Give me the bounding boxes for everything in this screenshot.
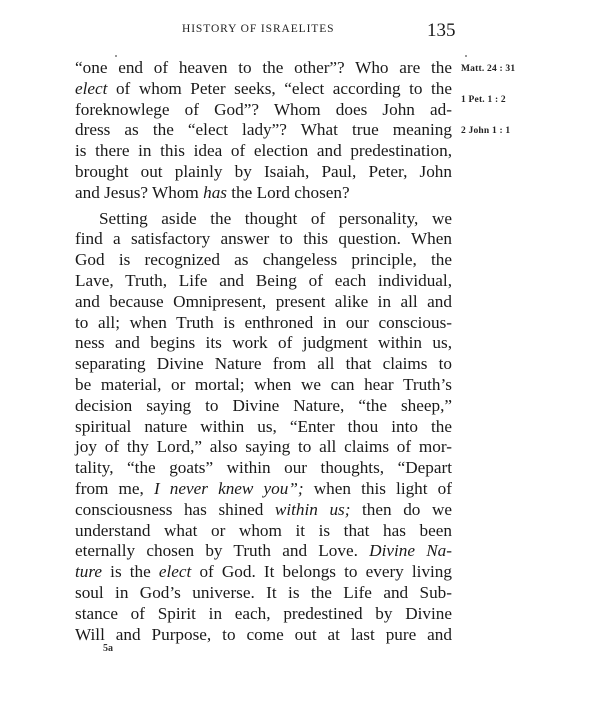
text-segment: God is recognized as changeless principl… bbox=[75, 250, 452, 269]
running-head: HISTORY OF ISRAELITES 135 bbox=[0, 20, 600, 40]
text-segment: is there in this idea of election and pr… bbox=[75, 141, 452, 160]
text-line: separating Divine Nature from all that c… bbox=[75, 354, 452, 375]
text-line: brought out plainly by Isaiah, Paul, Pet… bbox=[75, 162, 452, 183]
text-line: consciousness has shined within us; then… bbox=[75, 500, 452, 521]
paragraph: Setting aside the thought of personality… bbox=[75, 209, 452, 646]
text-line: spiritual nature within us, “Enter thou … bbox=[75, 417, 452, 438]
text-line: “one end of heaven to the other”? Who ar… bbox=[75, 58, 452, 79]
text-line: God is recognized as changeless principl… bbox=[75, 250, 452, 271]
body-text-column: “one end of heaven to the other”? Who ar… bbox=[75, 58, 452, 645]
text-line: decision saying to Divine Nature, “the s… bbox=[75, 396, 452, 417]
text-segment: tality, “the goats” within our thoughts,… bbox=[75, 458, 452, 477]
text-segment: joy of thy Lord,” also saying to all cla… bbox=[75, 437, 452, 456]
text-line: is there in this idea of election and pr… bbox=[75, 141, 452, 162]
text-segment: is the bbox=[102, 562, 159, 581]
text-line: and Jesus? Whom has the Lord chosen? bbox=[75, 183, 452, 204]
text-line: dress as the “elect lady”? What true mea… bbox=[75, 120, 452, 141]
italic-text: Divine Na- bbox=[369, 541, 452, 560]
text-segment: dress as the “elect lady”? What true mea… bbox=[75, 120, 452, 139]
text-segment: of whom Peter seeks, “elect according to… bbox=[107, 79, 452, 98]
text-segment: eternally chosen by Truth and Love. bbox=[75, 541, 369, 560]
text-line: be material, or mortal; when we can hear… bbox=[75, 375, 452, 396]
text-line: to all; when Truth is enthroned in our c… bbox=[75, 313, 452, 334]
print-speck bbox=[465, 55, 467, 57]
text-line: Will and Purpose, to come out at last pu… bbox=[75, 625, 452, 646]
italic-text: has bbox=[203, 183, 227, 202]
text-line: understand what or whom it is that has b… bbox=[75, 521, 452, 542]
text-line: elect of whom Peter seeks, “elect accord… bbox=[75, 79, 452, 100]
text-line: find a satisfactory answer to this quest… bbox=[75, 229, 452, 250]
text-segment: soul in God’s universe. It is the Life a… bbox=[75, 583, 452, 602]
italic-text: ture bbox=[75, 562, 102, 581]
text-segment: ness and begins its work of judgment wit… bbox=[75, 333, 452, 352]
italic-text: elect bbox=[159, 562, 191, 581]
text-line: joy of thy Lord,” also saying to all cla… bbox=[75, 437, 452, 458]
text-segment: understand what or whom it is that has b… bbox=[75, 521, 452, 540]
text-segment: Will and Purpose, to come out at last pu… bbox=[75, 625, 452, 644]
text-segment: and because Omnipresent, present alike i… bbox=[75, 292, 452, 311]
signature-mark: 5a bbox=[103, 643, 113, 654]
text-segment: “one end of heaven to the other”? Who ar… bbox=[75, 58, 452, 77]
text-segment: Lave, Truth, Life and Being of each indi… bbox=[75, 271, 452, 290]
scripture-reference: Matt. 24 : 31 bbox=[461, 64, 515, 74]
text-segment: decision saying to Divine Nature, “the s… bbox=[75, 396, 452, 415]
text-segment: Setting aside the thought of personality… bbox=[99, 209, 452, 228]
scripture-reference: 1 Pet. 1 : 2 bbox=[461, 95, 506, 105]
text-line: Setting aside the thought of personality… bbox=[75, 209, 452, 230]
scripture-reference: 2 John 1 : 1 bbox=[461, 126, 510, 136]
text-segment: be material, or mortal; when we can hear… bbox=[75, 375, 452, 394]
text-segment: stance of Spirit in each, predestined by… bbox=[75, 604, 452, 623]
text-segment: brought out plainly by Isaiah, Paul, Pet… bbox=[75, 162, 452, 181]
italic-text: I never knew you”; bbox=[154, 479, 304, 498]
text-line: and because Omnipresent, present alike i… bbox=[75, 292, 452, 313]
page-number: 135 bbox=[427, 20, 456, 42]
text-segment: consciousness has shined bbox=[75, 500, 275, 519]
paragraph: “one end of heaven to the other”? Who ar… bbox=[75, 58, 452, 204]
text-segment: from me, bbox=[75, 479, 154, 498]
text-line: from me, I never knew you”; when this li… bbox=[75, 479, 452, 500]
text-segment: then do we bbox=[350, 500, 452, 519]
text-line: Lave, Truth, Life and Being of each indi… bbox=[75, 271, 452, 292]
text-segment: the Lord chosen? bbox=[227, 183, 350, 202]
text-line: eternally chosen by Truth and Love. Divi… bbox=[75, 541, 452, 562]
text-segment: foreknowlege of God”? Whom does John ad- bbox=[75, 100, 452, 119]
text-segment: separating Divine Nature from all that c… bbox=[75, 354, 452, 373]
text-segment: to all; when Truth is enthroned in our c… bbox=[75, 313, 452, 332]
print-speck bbox=[115, 55, 117, 57]
text-segment: and Jesus? Whom bbox=[75, 183, 203, 202]
italic-text: elect bbox=[75, 79, 107, 98]
text-line: soul in God’s universe. It is the Life a… bbox=[75, 583, 452, 604]
text-line: ture is the elect of God. It belongs to … bbox=[75, 562, 452, 583]
text-segment: find a satisfactory answer to this quest… bbox=[75, 229, 452, 248]
text-line: stance of Spirit in each, predestined by… bbox=[75, 604, 452, 625]
text-segment: when this light of bbox=[304, 479, 452, 498]
text-segment: of God. It belongs to every living bbox=[191, 562, 452, 581]
text-line: ness and begins its work of judgment wit… bbox=[75, 333, 452, 354]
running-title: HISTORY OF ISRAELITES bbox=[182, 23, 334, 35]
italic-text: within us; bbox=[275, 500, 351, 519]
text-segment: spiritual nature within us, “Enter thou … bbox=[75, 417, 452, 436]
text-line: tality, “the goats” within our thoughts,… bbox=[75, 458, 452, 479]
text-line: foreknowlege of God”? Whom does John ad- bbox=[75, 100, 452, 121]
